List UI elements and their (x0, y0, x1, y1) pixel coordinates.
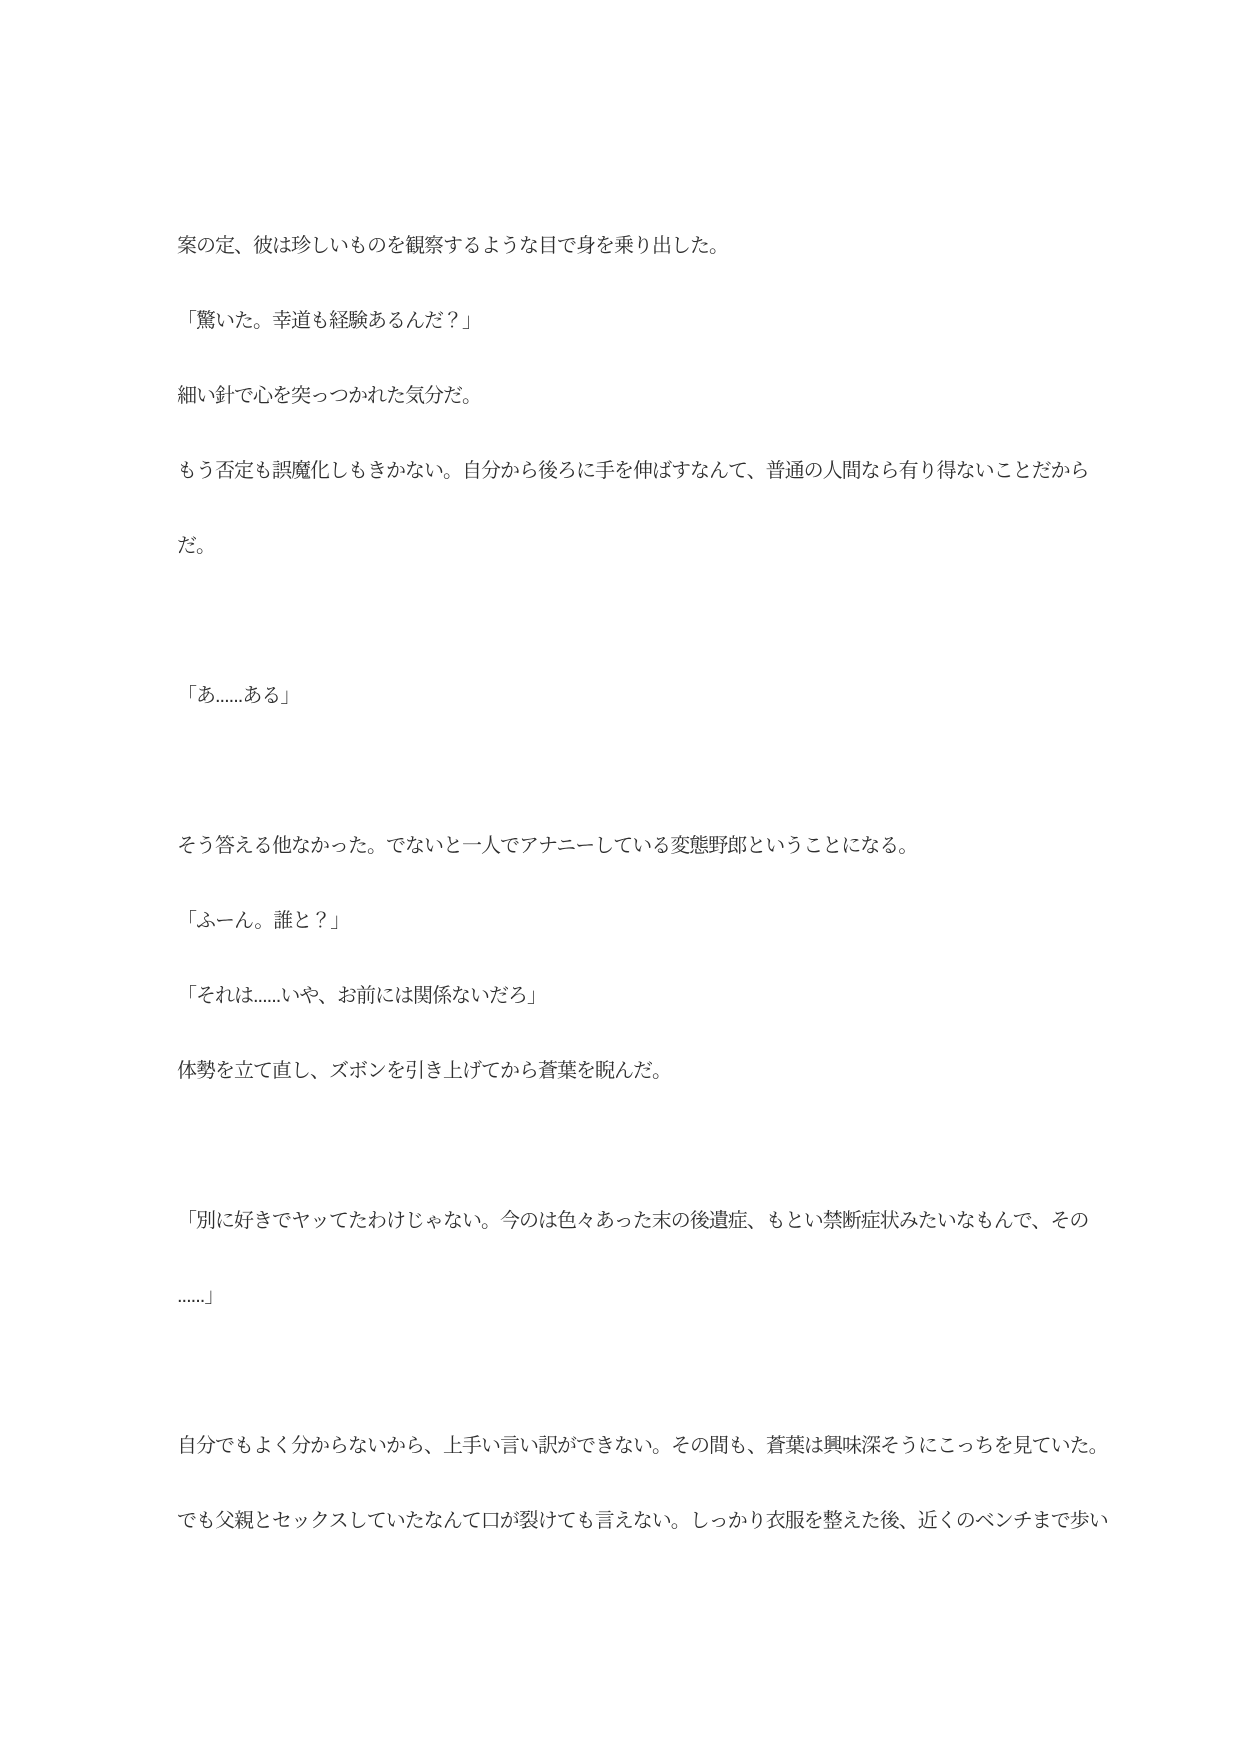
text-line: 体勢を立て直し、ズボンを引き上げてから蒼葉を睨んだ。 (177, 1034, 1117, 1109)
paragraph-dialogue: 「あ......ある」 (177, 659, 1117, 734)
empty-text-line (177, 1109, 1117, 1184)
paragraph-narration: そう答える他なかった。でないと一人でアナニーしている変態野郎ということになる。 (177, 809, 1117, 884)
paragraph-dialogue: 「驚いた。幸道も経験あるんだ？」 (177, 284, 1117, 359)
empty-text-line (177, 584, 1117, 659)
text-line: 案の定、彼は珍しいものを観察するような目で身を乗り出した。 (177, 209, 1117, 284)
text-column: 案の定、彼は珍しいものを観察するような目で身を乗り出した。「驚いた。幸道も経験あ… (177, 209, 1117, 1559)
text-line: 自分でもよく分からないから、上手い言い訳ができない。その間も、蒼葉は興味深そうに… (177, 1409, 1117, 1484)
paragraph-dialogue: 「別に好きでヤッてたわけじゃない。今のは色々あった末の後遺症、もとい禁断症状みた… (177, 1184, 1117, 1334)
paragraph-narration: 自分でもよく分からないから、上手い言い訳ができない。その間も、蒼葉は興味深そうに… (177, 1409, 1117, 1559)
paragraph-dialogue: 「ふーん。誰と？」 (177, 884, 1117, 959)
blank-line (177, 734, 1117, 809)
text-line: ......」 (177, 1259, 1117, 1334)
paragraph-narration: 細い針で心を突っつかれた気分だ。 (177, 359, 1117, 434)
text-line: 「ふーん。誰と？」 (177, 884, 1117, 959)
text-line: そう答える他なかった。でないと一人でアナニーしている変態野郎ということになる。 (177, 809, 1117, 884)
blank-line (177, 584, 1117, 659)
document-page: 案の定、彼は珍しいものを観察するような目で身を乗り出した。「驚いた。幸道も経験あ… (0, 0, 1240, 1755)
blank-line (177, 1109, 1117, 1184)
text-line: もう否定も誤魔化しもきかない。自分から後ろに手を伸ばすなんて、普通の人間なら有り… (177, 434, 1117, 509)
paragraph-narration: もう否定も誤魔化しもきかない。自分から後ろに手を伸ばすなんて、普通の人間なら有り… (177, 434, 1117, 584)
text-line: でも父親とセックスしていたなんて口が裂けても言えない。しっかり衣服を整えた後、近… (177, 1484, 1117, 1559)
empty-text-line (177, 734, 1117, 809)
text-line: 「あ......ある」 (177, 659, 1117, 734)
paragraph-narration: 案の定、彼は珍しいものを観察するような目で身を乗り出した。 (177, 209, 1117, 284)
text-line: 「驚いた。幸道も経験あるんだ？」 (177, 284, 1117, 359)
text-line: だ。 (177, 509, 1117, 584)
text-line: 「それは......いや、お前には関係ないだろ」 (177, 959, 1117, 1034)
paragraph-dialogue: 「それは......いや、お前には関係ないだろ」 (177, 959, 1117, 1034)
empty-text-line (177, 1334, 1117, 1409)
blank-line (177, 1334, 1117, 1409)
paragraph-narration: 体勢を立て直し、ズボンを引き上げてから蒼葉を睨んだ。 (177, 1034, 1117, 1109)
text-line: 「別に好きでヤッてたわけじゃない。今のは色々あった末の後遺症、もとい禁断症状みた… (177, 1184, 1117, 1259)
text-line: 細い針で心を突っつかれた気分だ。 (177, 359, 1117, 434)
